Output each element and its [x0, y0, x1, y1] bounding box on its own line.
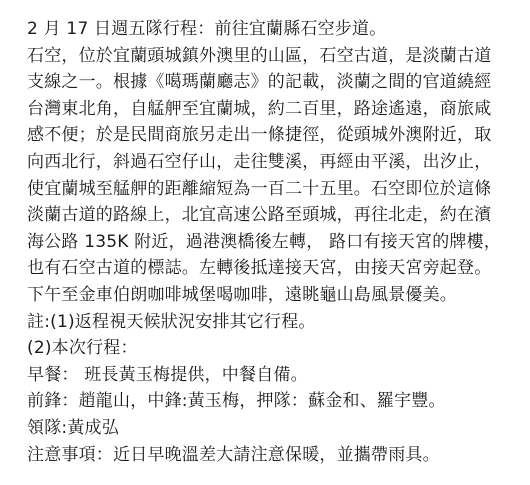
body-line: 也有石空古道的標誌。左轉後抵達接天宮，由接天宮旁起登。 [27, 255, 527, 282]
body-line: 支線之一。根據《噶瑪蘭廳志》的記載，淡蘭之間的官道繞經 [27, 69, 527, 96]
note-caution: 注意事項：近日早晚溫差大請注意保暖，並攜帶雨具。 [27, 442, 527, 469]
body-line: 使宜蘭城至艋舺的距離縮短為一百二十五里。石空即位於這條 [27, 176, 527, 203]
body-line: 感不便；於是民間商旅另走出一條捷徑，從頭城外澳附近，取 [27, 122, 527, 149]
itinerary-document: 2 月 17 日週五隊行程：前往宜蘭縣石空步道。 石空，位於宜蘭頭城鎮外澳里的山… [27, 16, 527, 468]
note-leader: 領隊:黃成弘 [27, 415, 527, 442]
body-line: 向西北行，斜過石空仔山，走往雙溪，再經由平溪，出汐止， [27, 149, 527, 176]
body-line: 淡蘭古道的路線上，北宜高速公路至頭城，再往北走，約在濱 [27, 202, 527, 229]
body-line: 石空，位於宜蘭頭城鎮外澳里的山區，石空古道，是淡蘭古道 [27, 43, 527, 70]
body-line: 下午至金車伯朗咖啡城堡喝咖啡，遠眺龜山島風景優美。 [27, 282, 527, 309]
body-line: 台灣東北角，自艋舺至宜蘭城，約二百里，路途遙遠，商旅咸 [27, 96, 527, 123]
itinerary-title: 2 月 17 日週五隊行程：前往宜蘭縣石空步道。 [27, 16, 527, 43]
note-itinerary-heading: (2)本次行程： [27, 335, 527, 362]
body-line: 海公路 135K 附近，過港澳橋後左轉， 路口有接天宮的牌樓， [27, 229, 527, 256]
note-return-trip: 註:(1)返程視天候狀況安排其它行程。 [27, 309, 527, 336]
note-meals: 早餐： 班長黃玉梅提供，中餐自備。 [27, 362, 527, 389]
note-team-roles: 前鋒：趙龍山，中鋒:黃玉梅，押隊：蘇金和、羅宇豐。 [27, 388, 527, 415]
